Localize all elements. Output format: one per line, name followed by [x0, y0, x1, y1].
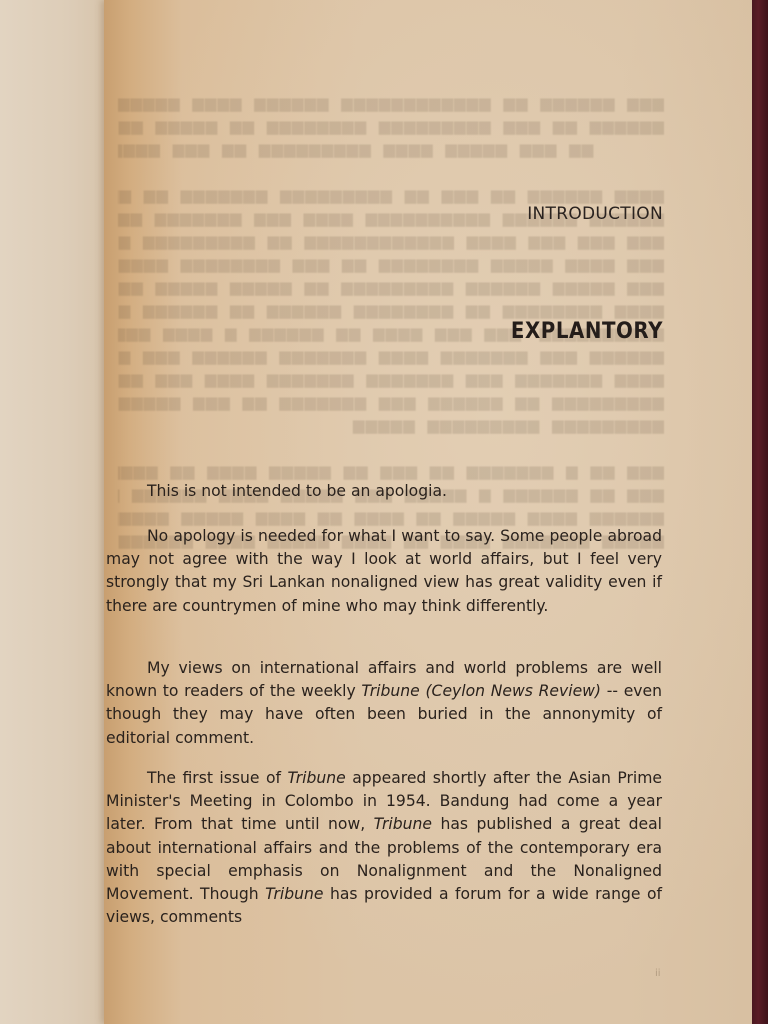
book-cover-edge	[752, 0, 768, 1024]
body-text-run: The first issue of	[147, 769, 287, 787]
paragraph-1: This is not intended to be an apologia.	[106, 480, 662, 503]
italic-title-text: Tribune	[265, 885, 323, 903]
running-head: INTRODUCTION	[527, 204, 663, 224]
italic-title-text: (Ceylon News Review)	[425, 682, 601, 700]
facing-page-edge	[0, 0, 112, 1024]
italic-title-text: Tribune	[361, 682, 419, 700]
paragraph-3: My views on international affairs and wo…	[106, 657, 662, 750]
page-mark: ii	[655, 968, 661, 979]
paragraph-2: No apology is needed for what I want to …	[106, 525, 662, 618]
body-text-run: No apology is needed for what I want to …	[106, 527, 662, 615]
body-text-run: This is not intended to be an apologia.	[147, 482, 447, 500]
paragraph-4: The first issue of Tribune appeared shor…	[106, 767, 662, 929]
italic-title-text: Tribune	[287, 769, 345, 787]
italic-title-text: Tribune	[374, 815, 432, 833]
chapter-title: EXPLANTORY	[511, 319, 663, 344]
book-photo: ▆▆▆ ▆▆▆▆▆▆ ▆▆ ▆▆▆▆▆▆▆▆▆▆▆▆ ▆▆▆▆▆▆ ▆▆▆▆ ▆…	[0, 0, 768, 1024]
